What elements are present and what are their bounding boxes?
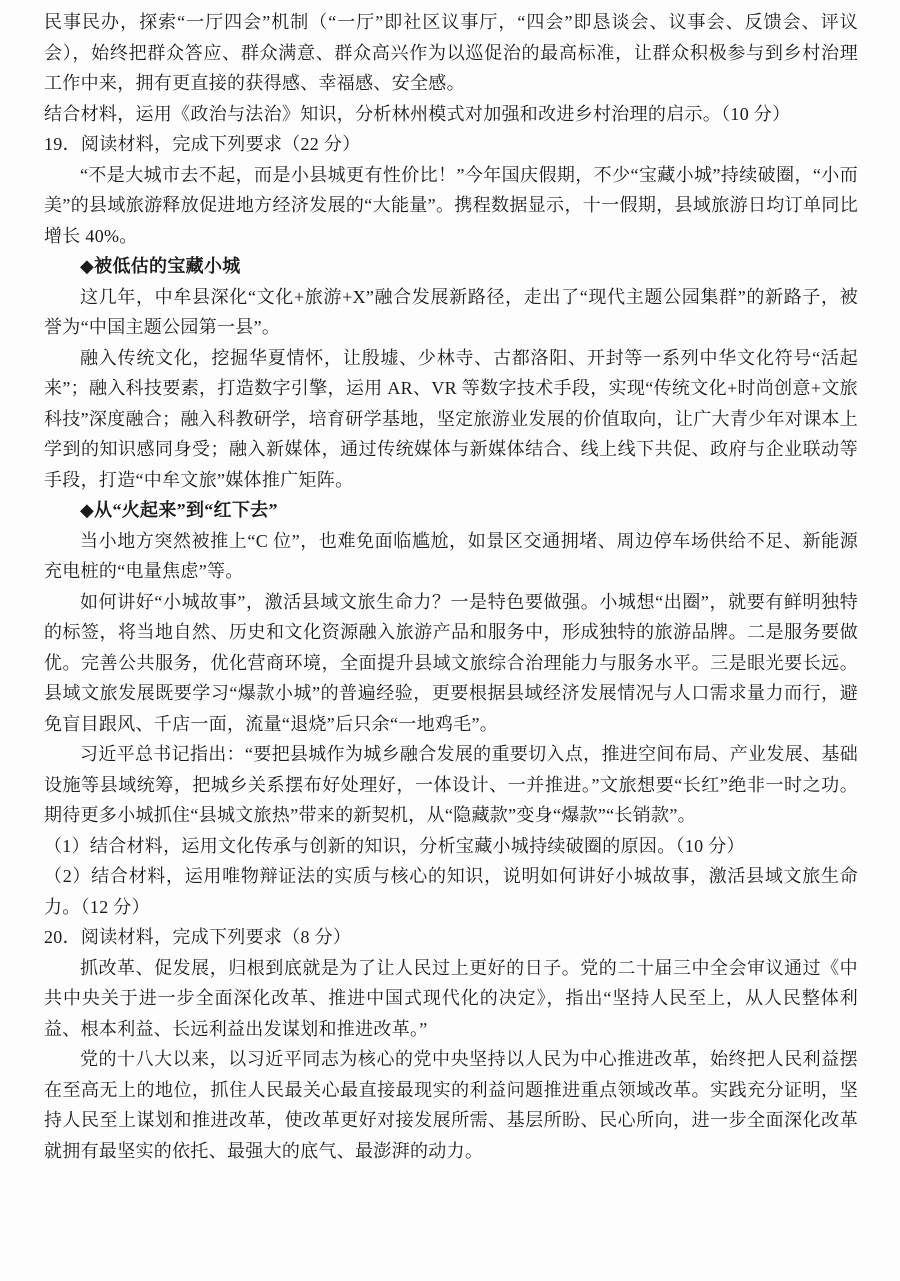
question-19-sub2: （2）结合材料，运用唯物辩证法的实质与核心的知识，说明如何讲好小城故事，激活县域… — [44, 861, 858, 922]
question-19-sub1: （1）结合材料，运用文化传承与创新的知识，分析宝藏小城持续破圈的原因。（10 分… — [44, 831, 858, 862]
exam-page: 民事民办，探索“一厅四会”机制（“一厅”即社区议事厅，“四会”即恳谈会、议事会、… — [0, 0, 900, 1281]
section-heading-stay-popular: ◆从“火起来”到“红下去” — [44, 495, 858, 526]
material-paragraph: 党的十八大以来，以习近平同志为核心的党中央坚持以人民为中心推进改革，始终把人民利… — [44, 1044, 858, 1166]
material-paragraph: 如何讲好“小城故事”，激活县域文旅生命力？一是特色要做强。小城想“出圈”，就要有… — [44, 587, 858, 740]
continuation-paragraph: 民事民办，探索“一厅四会”机制（“一厅”即社区议事厅，“四会”即恳谈会、议事会、… — [44, 7, 858, 99]
question-19-title: 19．阅读材料，完成下列要求（22 分） — [44, 129, 858, 160]
material-paragraph: 这几年，中牟县深化“文化+旅游+X”融合发展新路径，走出了“现代主题公园集群”的… — [44, 282, 858, 343]
material-paragraph: 抓改革、促发展，归根到底就是为了让人民过上更好的日子。党的二十届三中全会审议通过… — [44, 953, 858, 1045]
section-heading-treasure-towns: ◆被低估的宝藏小城 — [44, 251, 858, 282]
material-paragraph: 融入传统文化，挖掘华夏情怀，让殷墟、少林寺、古都洛阳、开封等一系列中华文化符号“… — [44, 343, 858, 496]
material-paragraph: 习近平总书记指出：“要把县城作为城乡融合发展的重要切入点，推进空间布局、产业发展… — [44, 739, 858, 831]
question-18-prompt: 结合材料，运用《政治与法治》知识，分析林州模式对加强和改进乡村治理的启示。（10… — [44, 99, 858, 130]
question-20-title: 20．阅读材料，完成下列要求（8 分） — [44, 922, 858, 953]
material-paragraph: “不是大城市去不起，而是小县城更有性价比！”今年国庆假期，不少“宝藏小城”持续破… — [44, 160, 858, 252]
material-paragraph: 当小地方突然被推上“C 位”，也难免面临尴尬，如景区交通拥堵、周边停车场供给不足… — [44, 526, 858, 587]
